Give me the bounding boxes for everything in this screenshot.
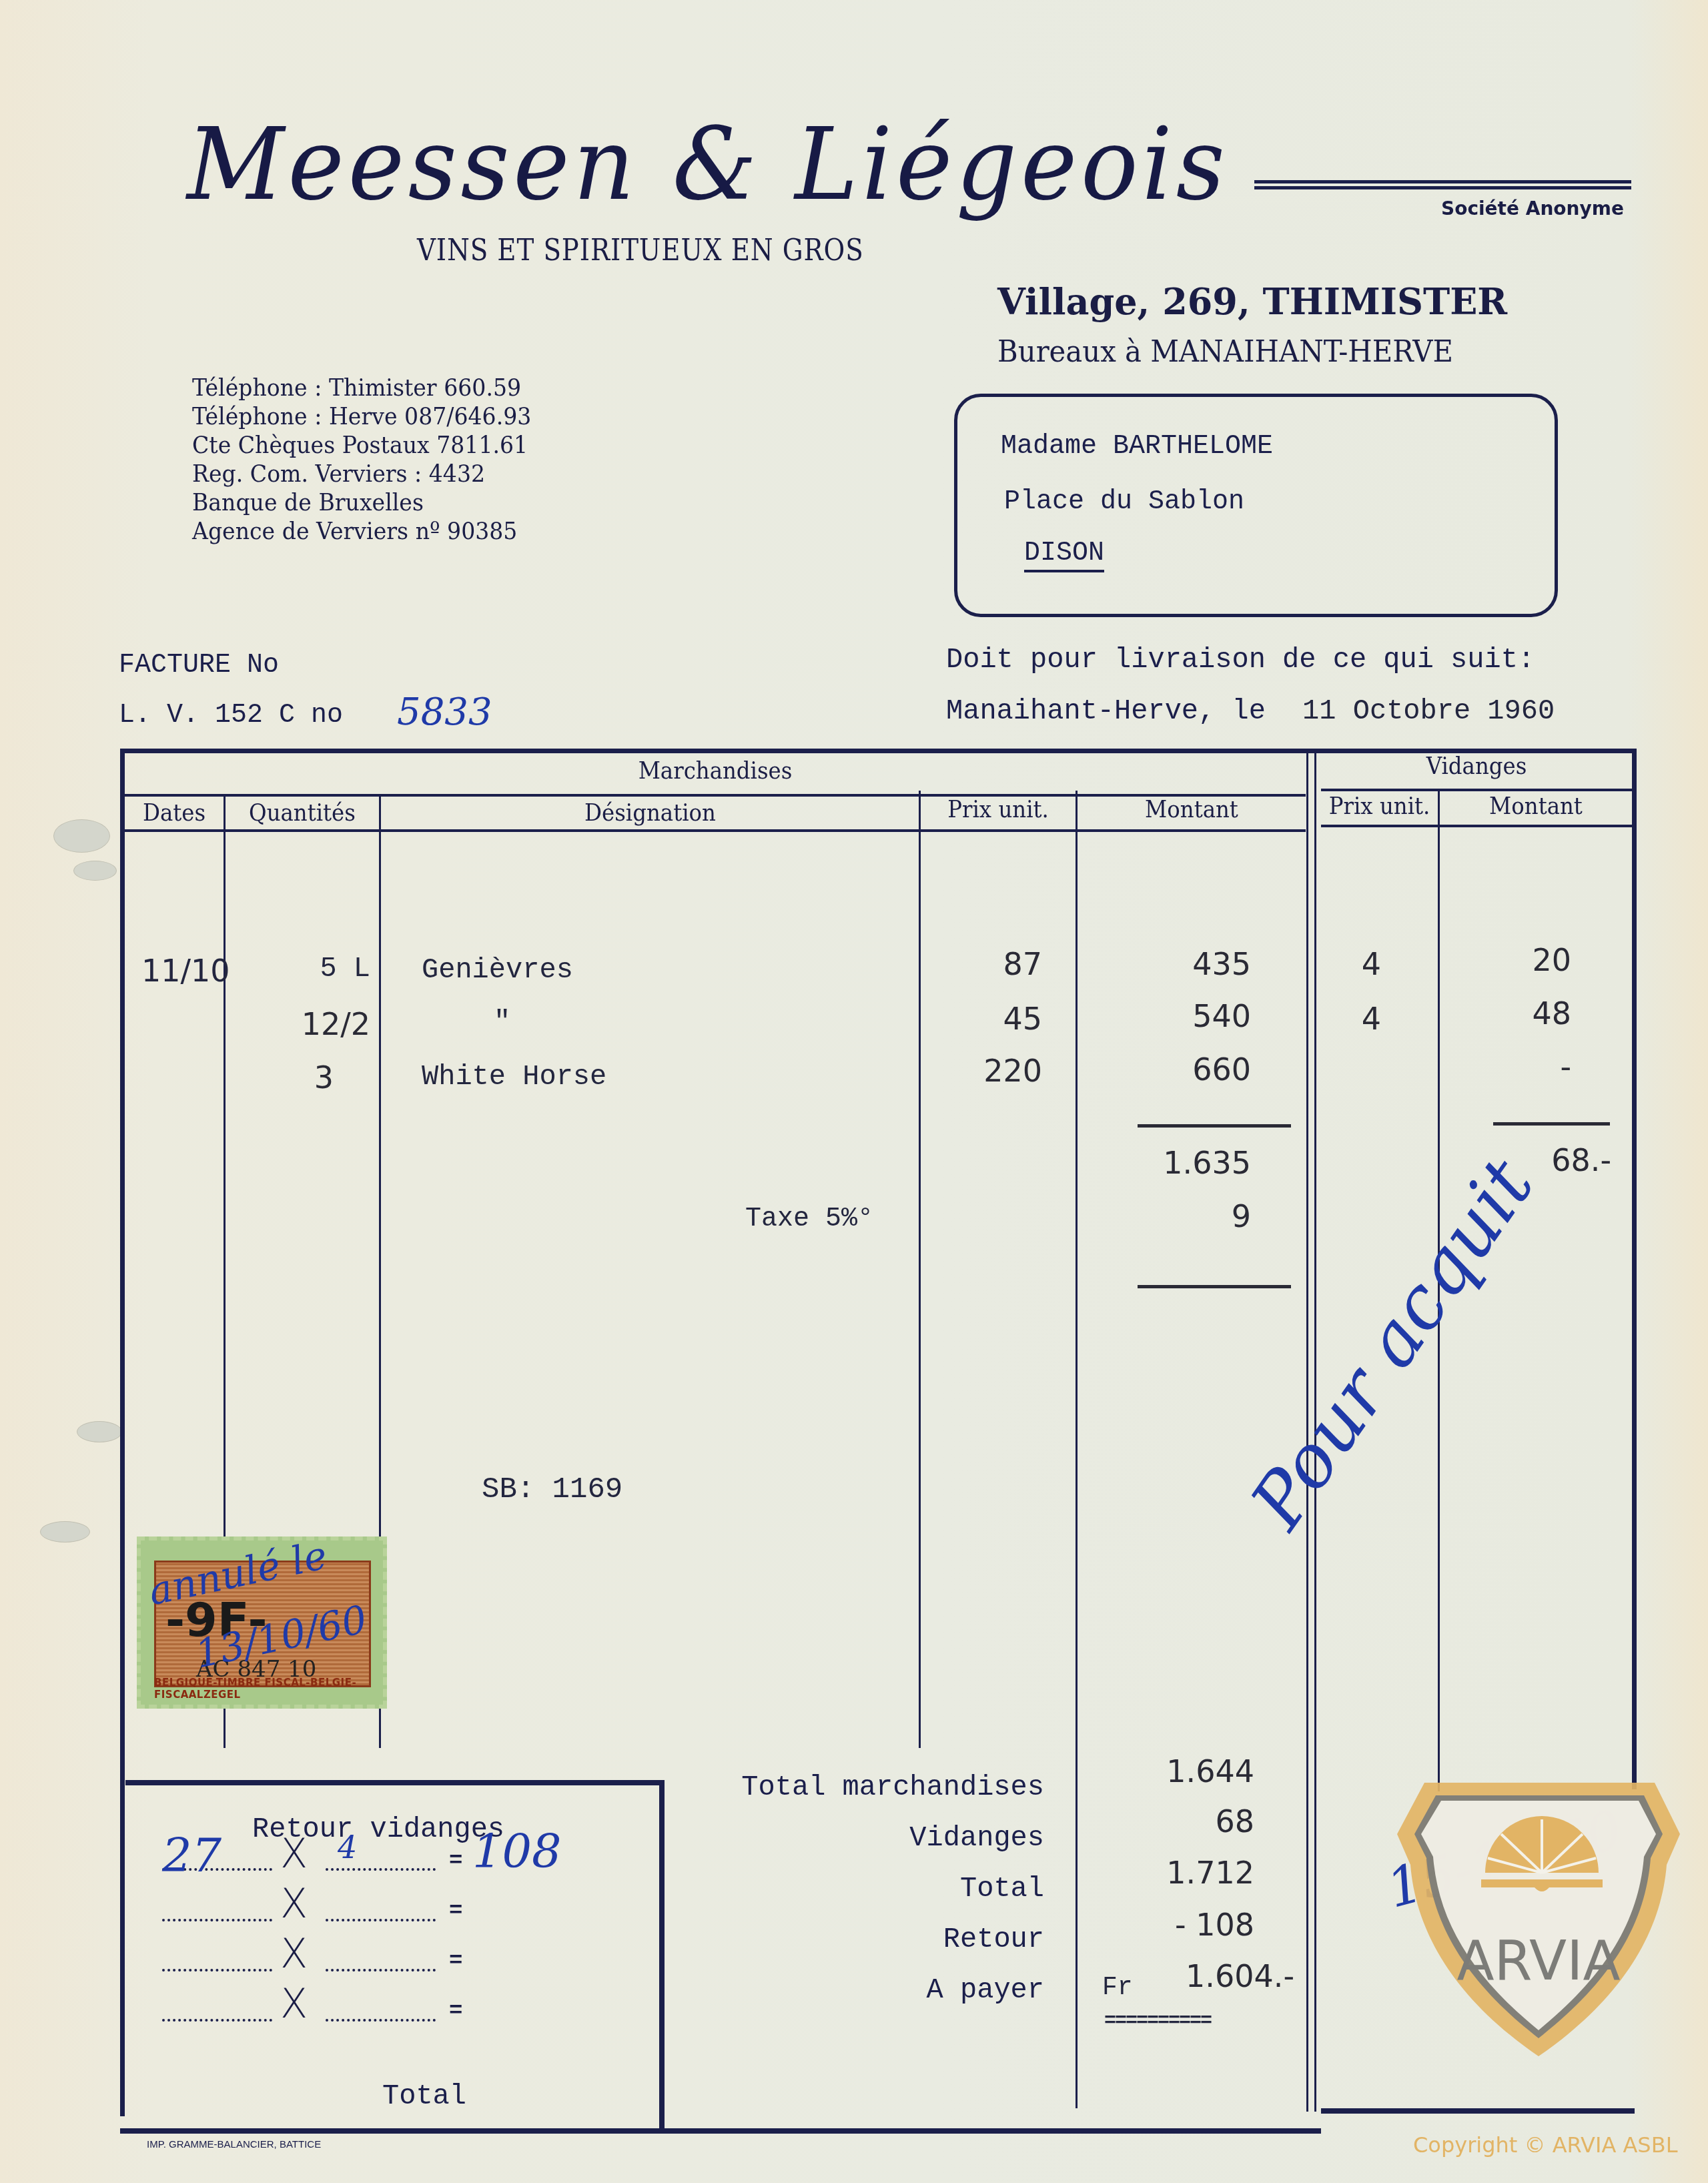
company-logo-title: Meessen & Liégeois <box>187 107 1229 223</box>
cell-unit-price: 87 <box>934 946 1042 982</box>
cell-date: 11/10 <box>141 953 230 989</box>
price-field <box>326 1868 436 1871</box>
contact-line: Banque de Bruxelles <box>192 488 531 517</box>
currency-label: Fr <box>1102 1974 1133 2002</box>
col-divider <box>919 791 921 1748</box>
tax-amount: 9 <box>1094 1198 1251 1234</box>
header-rule <box>1321 789 1632 791</box>
empties-label: Vidanges <box>909 1822 1044 1854</box>
fiscal-stamp: -9F- AC 847 10 BELGIQUE-TIMBRE FISCAL-BE… <box>137 1537 387 1709</box>
header-bottom-rule <box>1321 825 1632 827</box>
tax-rule <box>1138 1285 1291 1288</box>
subtotal-rule <box>1493 1122 1610 1126</box>
return-value: - 108 <box>1101 1907 1254 1943</box>
multiply-icon: X <box>280 1881 308 1927</box>
col-prix-unit: Prix unit. <box>929 796 1068 823</box>
col-vid-montant: Montant <box>1449 793 1622 820</box>
cell-empty-unit: 4 <box>1334 1001 1381 1037</box>
equals-sign: = <box>449 1999 462 2024</box>
sb-note: SB: 1169 <box>482 1473 622 1506</box>
header-double-rule <box>1254 180 1631 189</box>
col-montant: Montant <box>1089 796 1294 823</box>
invoice-date: 11 Octobre 1960 <box>1302 695 1555 727</box>
return-label: Retour <box>943 1923 1044 1955</box>
cell-amount: 540 <box>1094 998 1251 1034</box>
punch-hole <box>73 861 117 881</box>
company-offices: Bureaux à MANAIHANT-HERVE <box>997 335 1453 369</box>
total-value: 1.712 <box>1101 1855 1254 1891</box>
recipient-address-box: Madame BARTHELOME Place du Sablon DISON <box>954 394 1558 617</box>
col-designation: Désignation <box>408 799 892 827</box>
recipient-street: Place du Sablon <box>1004 487 1244 517</box>
stamp-caption: BELGIQUE-TIMBRE FISCAL-BELGIE-FISCAALZEG… <box>154 1677 383 1701</box>
table-border-bottom-right <box>1321 2108 1635 2114</box>
qty-field <box>162 2019 272 2022</box>
header-vidanges: Vidanges <box>1336 753 1616 780</box>
totals-labels: Total marchandises Vidanges Total Retour… <box>701 1771 1044 2025</box>
double-underline: ========== <box>1104 2010 1211 2033</box>
invoice-ref: L. V. 152 C no <box>119 701 343 731</box>
company-contacts: Téléphone : Thimister 660.59 Téléphone :… <box>192 374 531 546</box>
to-pay-value: 1.604.- <box>1134 1958 1294 1994</box>
contact-line: Téléphone : Herve 087/646.93 <box>192 402 531 431</box>
recipient-city: DISON <box>1024 538 1104 568</box>
cell-designation: Genièvres <box>422 954 573 986</box>
printer-imprint: IMP. GRAMME-BALANCIER, BATTICE <box>147 2139 321 2150</box>
contact-line: Reg. Com. Verviers : 4432 <box>192 460 531 488</box>
cell-amount: 660 <box>1094 1051 1251 1087</box>
price-field <box>326 1919 436 1921</box>
table-border-left <box>120 749 125 2116</box>
returns-box: Retour vidanges 27 X 4 = 108 X = X = X = <box>125 1780 665 2128</box>
handwritten-signature: Pour acquit <box>1234 1144 1550 1543</box>
cell-empty-amount: 20 <box>1454 942 1571 978</box>
total-goods-label: Total marchandises <box>741 1771 1044 1803</box>
returns-result: 108 <box>472 1824 562 1879</box>
punch-hole <box>53 819 110 853</box>
cell-empty-amount: - <box>1454 1049 1571 1085</box>
multiply-icon: X <box>280 1831 308 1877</box>
cell-empty-unit: 4 <box>1334 946 1381 982</box>
header-marchandises: Marchandises <box>184 757 1247 785</box>
cell-designation: " <box>494 1006 510 1038</box>
col-divider <box>1076 791 1078 2108</box>
delivery-intro: Doit pour livraison de ce qui suit: <box>946 644 1535 676</box>
price-field <box>326 1969 436 1972</box>
header-bottom-rule <box>125 829 1306 832</box>
invoice-number: 5833 <box>397 691 492 734</box>
arvia-watermark-shield-icon: ARVIA <box>1394 1779 1683 2060</box>
subtotal-goods: 1.635 <box>1094 1145 1251 1181</box>
price-field <box>326 2019 436 2022</box>
col-vid-prix-unit: Prix unit. <box>1327 793 1432 820</box>
equals-sign: = <box>449 1849 462 1874</box>
cell-qty: 5 L <box>234 953 370 985</box>
subtotal-rule <box>1138 1124 1291 1128</box>
to-pay-label: A payer <box>927 1974 1044 2006</box>
copyright-notice: Copyright © ARVIA ASBL <box>1413 2132 1677 2158</box>
equals-sign: = <box>449 1949 462 1974</box>
tax-label: Taxe 5%° <box>745 1204 873 1234</box>
cell-unit-price: 45 <box>934 1001 1042 1037</box>
contact-line: Cte Chèques Postaux 7811.61 <box>192 431 531 460</box>
cell-qty: 12/2 <box>234 1006 370 1042</box>
empties-value: 68 <box>1101 1803 1254 1839</box>
cell-amount: 435 <box>1094 946 1251 982</box>
col-dates: Dates <box>129 799 218 827</box>
qty-field <box>162 1919 272 1921</box>
multiply-icon: X <box>280 1931 308 1978</box>
cell-qty: 3 <box>234 1059 334 1096</box>
place-date: Manaihant-Herve, le 11 Octobre 1960 <box>946 695 1555 727</box>
returns-price: 4 <box>338 1829 357 1865</box>
invoice-label: FACTURE No <box>119 650 279 681</box>
company-address: Village, 269, THIMISTER <box>997 280 1507 323</box>
cell-unit-price: 220 <box>934 1053 1042 1089</box>
total-goods-value: 1.644 <box>1101 1753 1254 1789</box>
table-border-right <box>1632 749 1637 1789</box>
punch-hole <box>77 1421 122 1442</box>
qty-field <box>162 1969 272 1972</box>
returns-total-label: Total <box>382 2080 466 2112</box>
recipient-name: Madame BARTHELOME <box>1001 432 1273 462</box>
company-tagline: VINS ET SPIRITUEUX EN GROS <box>417 234 864 268</box>
contact-line: Agence de Verviers nº 90385 <box>192 517 531 546</box>
table-border-bottom <box>120 2128 1321 2134</box>
cell-empty-amount: 48 <box>1454 995 1571 1031</box>
legal-form: Société Anonyme <box>1441 197 1624 220</box>
svg-text:ARVIA: ARVIA <box>1457 1929 1621 1993</box>
punch-hole <box>40 1521 90 1543</box>
total-label: Total <box>960 1873 1044 1905</box>
returns-qty: 27 <box>162 1828 222 1883</box>
contact-line: Téléphone : Thimister 660.59 <box>192 374 531 402</box>
equals-sign: = <box>449 1899 462 1924</box>
multiply-icon: X <box>280 1981 308 2028</box>
cell-designation: White Horse <box>422 1061 606 1093</box>
invoice-page: Meessen & Liégeois VINS ET SPIRITUEUX EN… <box>0 0 1708 2183</box>
col-quantites: Quantités <box>234 799 372 827</box>
